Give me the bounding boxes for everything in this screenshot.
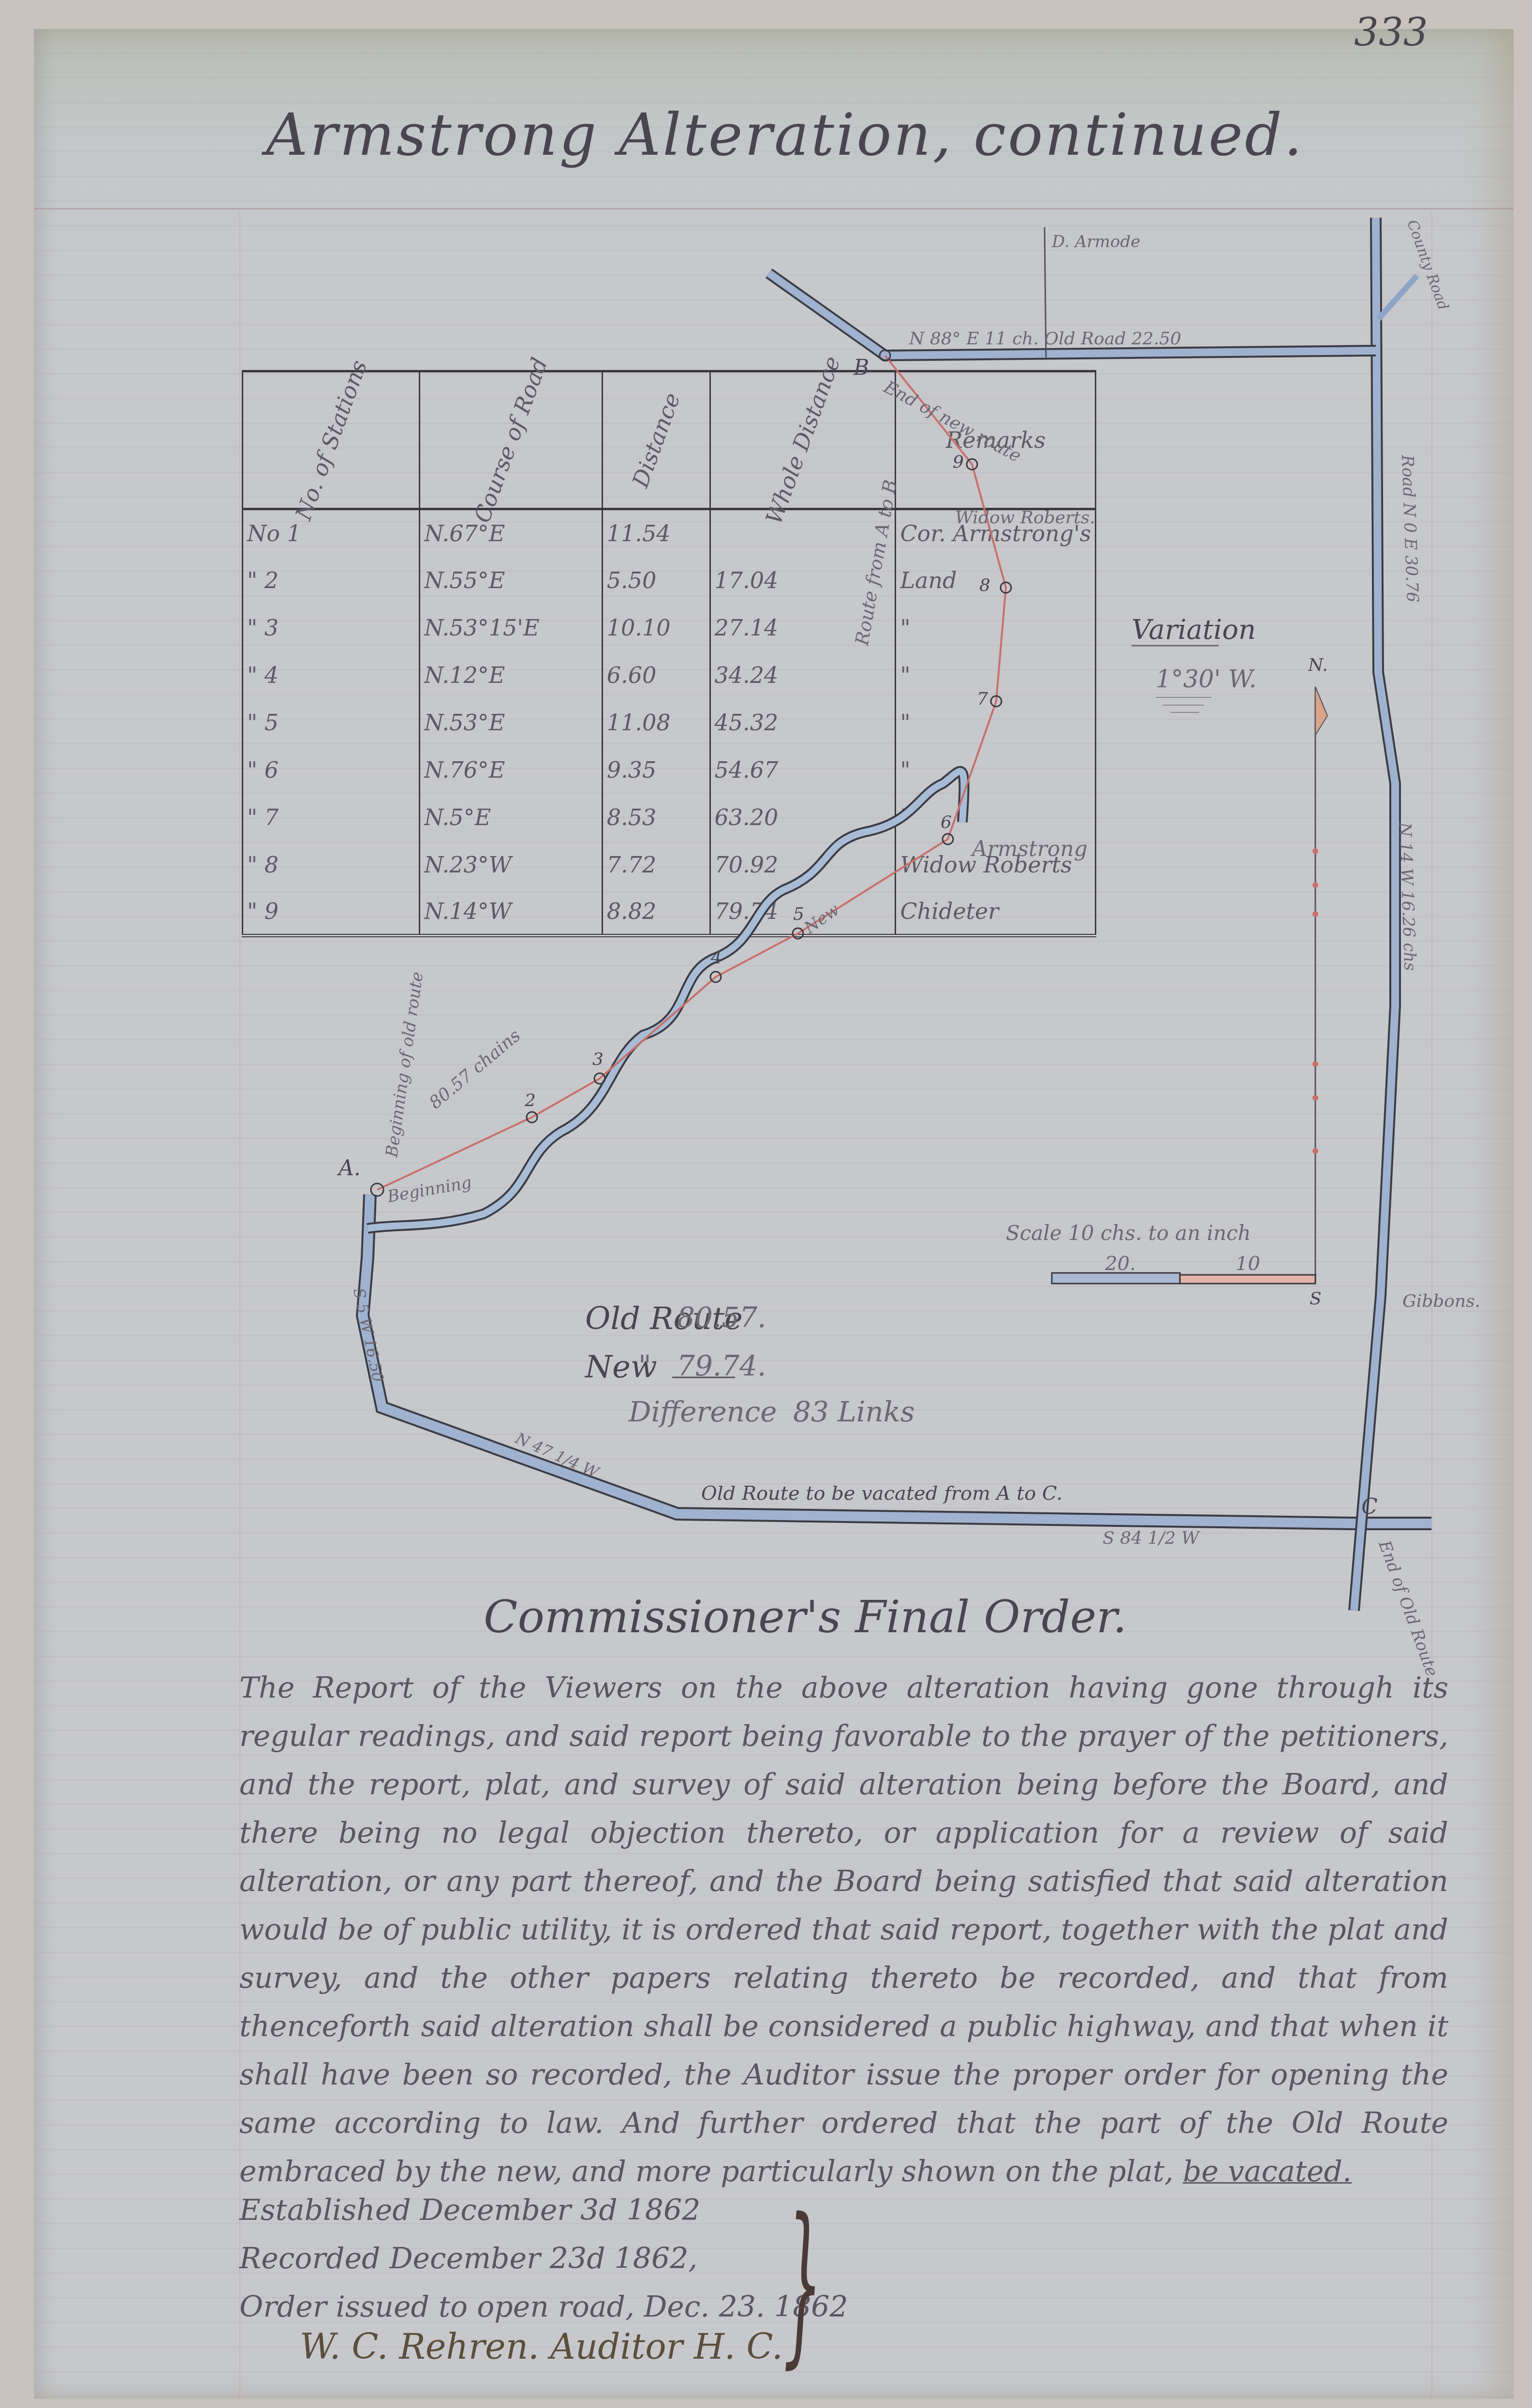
final-order-body: The Report of the Viewers on the above a…	[239, 1664, 1448, 2196]
station-6-label: 6	[941, 813, 952, 832]
variation-value: 1°30' W.	[1156, 665, 1257, 693]
new-route-ditto: "	[638, 1349, 651, 1382]
top-road-label: N 88° E 11 ch. Old Road 22.50	[909, 329, 1181, 349]
widow-roberts-label: Widow Roberts.	[955, 508, 1095, 528]
gibbons-label: Gibbons.	[1402, 1291, 1480, 1311]
armstrong-label: Armstrong	[972, 837, 1088, 861]
scale-label: Scale 10 chs. to an inch	[1006, 1221, 1251, 1245]
record-dates: Established December 3d 1862 Recorded De…	[239, 2186, 848, 2331]
recorded-date: Recorded December 23d 1862,	[239, 2234, 848, 2283]
creek	[368, 771, 964, 1228]
old-route-summary-value: 80.57.	[677, 1301, 766, 1334]
variation-label: Variation	[1132, 614, 1256, 646]
order-issued-date: Order issued to open road, Dec. 23. 1862	[239, 2283, 848, 2331]
point-b-label: B	[854, 355, 869, 380]
scale-mark-10: 10	[1236, 1253, 1260, 1275]
difference-value: 83 Links	[793, 1395, 915, 1428]
station-3-label: 3	[592, 1049, 604, 1069]
scale-mark-20: 20.	[1105, 1253, 1136, 1275]
station-5-label: 5	[793, 904, 804, 924]
bottom-road-label: Old Route to be vacated from A to C.	[701, 1482, 1062, 1505]
station-8-label: 8	[979, 576, 990, 595]
station-4-label: 4	[711, 948, 722, 968]
established-date: Established December 3d 1862	[239, 2186, 848, 2234]
new-route-summary-value: 79.74.	[677, 1349, 766, 1382]
station-2-label: 2	[525, 1091, 536, 1110]
armode-label: D. Armode	[1052, 232, 1140, 251]
difference-label: Difference	[629, 1395, 777, 1428]
auditor-signature: W. C. Rehren. Auditor H. C.	[300, 2326, 783, 2367]
station-9-label: 9	[953, 452, 964, 472]
north-arrow-icon	[1315, 687, 1327, 735]
station-7-label: 7	[977, 689, 988, 709]
point-a-label: A.	[339, 1156, 361, 1181]
compass-south-label: S	[1310, 1289, 1322, 1309]
point-c-label: C	[1361, 1494, 1378, 1519]
final-order-text: The Report of the Viewers on the above a…	[239, 1671, 1448, 2188]
bottom-road-bearing-label: S 84 1/2 W	[1103, 1528, 1199, 1548]
compass-north-label: N.	[1308, 655, 1328, 675]
scale-bar	[1052, 1273, 1315, 1284]
brace-mark: }	[783, 2196, 822, 2370]
final-order-underlined: be vacated.	[1183, 2155, 1352, 2188]
final-order-heading: Commissioner's Final Order.	[484, 1591, 1127, 1643]
